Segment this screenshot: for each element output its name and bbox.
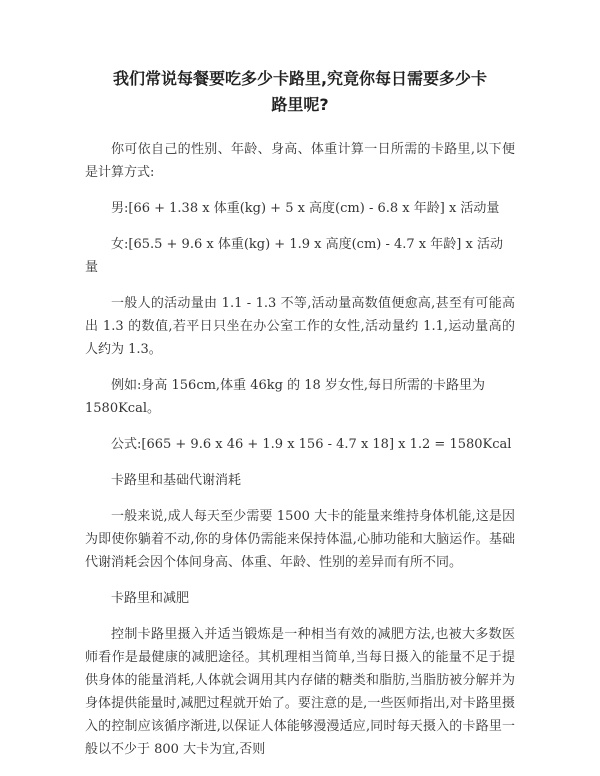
paragraph-weight-loss: 控制卡路里摄入并适当锻炼是一种相当有效的减肥方法,也被大多数医师看作是最健康的减… xyxy=(85,623,515,761)
formula-female: 女:[65.5 + 9.6 x 体重(kg) + 1.9 x 高度(cm) - … xyxy=(85,233,515,279)
document-title: 我们常说每餐要吃多少卡路里,究竟你每日需要多少卡路里呢? xyxy=(110,66,490,118)
formula-male: 男:[66 + 1.38 x 体重(kg) + 5 x 高度(cm) - 6.8… xyxy=(85,197,515,220)
heading-weight-loss: 卡路里和减肥 xyxy=(85,587,515,610)
paragraph-basal-metabolism: 一般来说,成人每天至少需要 1500 大卡的能量来维持身体机能,这是因为即使你躺… xyxy=(85,505,515,574)
paragraph-activity-level: 一般人的活动量由 1.1 - 1.3 不等,活动量高数值便愈高,甚至有可能高出 … xyxy=(85,292,515,361)
example-line: 例如:身高 156cm,体重 46kg 的 18 岁女性,每日所需的卡路里为 1… xyxy=(85,374,515,420)
formula-example: 公式:[665 + 9.6 x 46 + 1.9 x 156 - 4.7 x 1… xyxy=(85,433,515,456)
document-page: 我们常说每餐要吃多少卡路里,究竟你每日需要多少卡路里呢? 你可依自己的性别、年龄… xyxy=(0,0,600,776)
heading-basal-metabolism: 卡路里和基础代谢消耗 xyxy=(85,469,515,492)
paragraph-calc-intro: 你可依自己的性别、年龄、身高、体重计算一日所需的卡路里,以下便是计算方式: xyxy=(85,138,515,184)
